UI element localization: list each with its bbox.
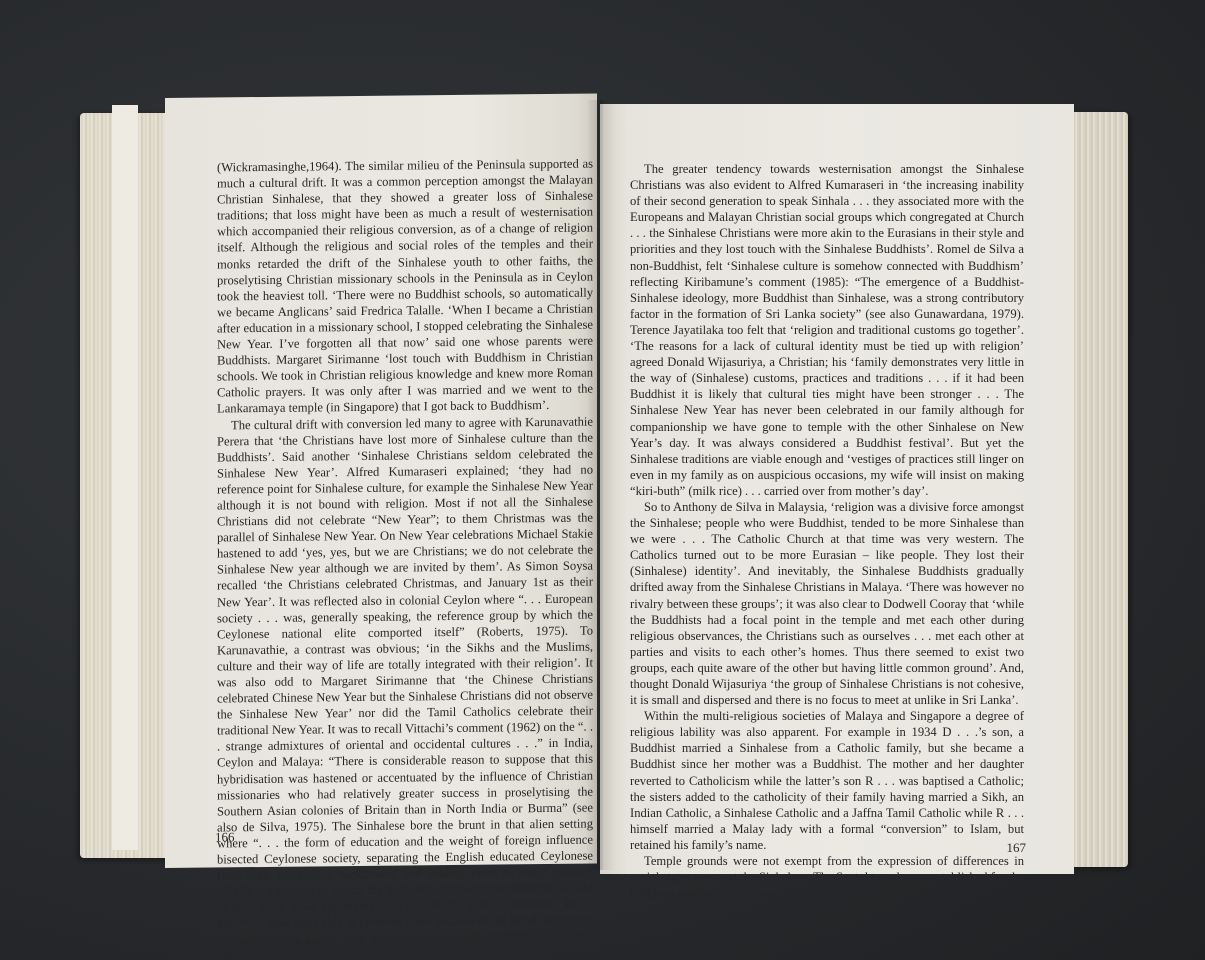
page-number: 167 [1007, 840, 1027, 856]
open-book: (Wickramasinghe,1964). The similar milie… [0, 0, 1205, 960]
paragraph: The cultural drift with conversion led m… [217, 413, 593, 960]
paragraph: Temple grounds were not exempt from the … [630, 853, 1024, 901]
page-number: 166 [215, 829, 235, 845]
paragraph: The greater tendency towards westernisat… [630, 161, 1024, 499]
left-page-edges [80, 113, 170, 858]
left-page: (Wickramasinghe,1964). The similar milie… [165, 93, 597, 868]
paragraph: So to Anthony de Silva in Malaysia, ‘rel… [630, 499, 1024, 708]
left-page-text: (Wickramasinghe,1964). The similar milie… [217, 156, 593, 960]
right-page: The greater tendency towards westernisat… [600, 104, 1074, 874]
right-page-text: The greater tendency towards westernisat… [630, 161, 1024, 901]
paragraph: Within the multi-religious societies of … [630, 708, 1024, 853]
page-edge-insert [112, 105, 138, 850]
right-page-edges [1072, 112, 1128, 867]
paragraph: (Wickramasinghe,1964). The similar milie… [217, 156, 593, 417]
